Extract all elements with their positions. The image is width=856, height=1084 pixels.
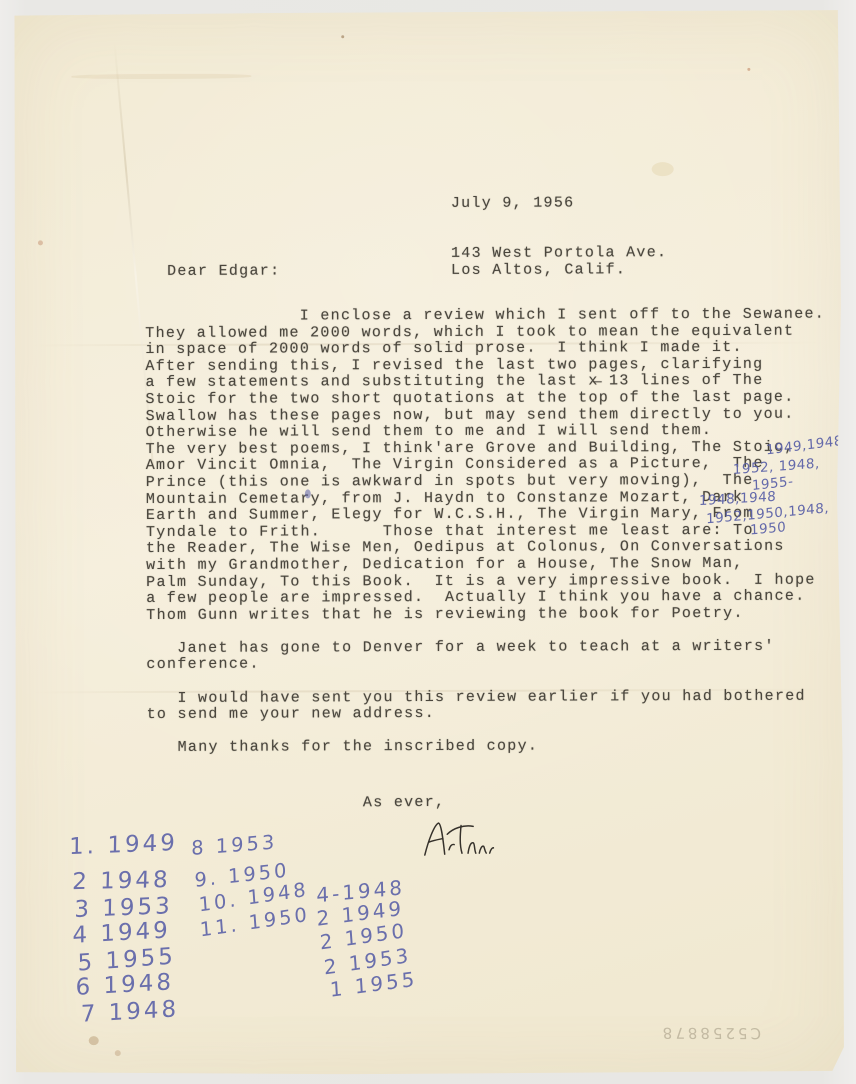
tally-left-item: 2 1948 [72,867,171,895]
tally-left-item: 1. 1949 [69,830,178,860]
stain-spot [89,1036,99,1045]
ink-correction-mark [305,489,311,498]
letter-paper: July 9, 1956 143 West Portola Ave. Los A… [11,10,845,1077]
salutation: Dear Edgar: [167,264,280,281]
tally-middle-item: 8 1953 [191,830,277,859]
tally-left-item: 7 1948 [81,996,179,1028]
date-address-block: July 9, 1956 143 West Portola Ave. Los A… [451,162,668,312]
stain-spot [71,74,251,80]
signature-arthur [416,817,494,862]
tally-left-item: 6 1948 [76,969,174,1001]
stain-spot [115,1050,121,1056]
stain-spot [341,35,344,38]
closing: As ever, [363,795,445,812]
stain-spot [747,68,750,71]
margin-annotation: 1950 [750,519,787,538]
pencil-stamp: C5258878 [659,1024,761,1043]
letter-body: I enclose a review which I sent off to t… [145,307,826,757]
date-line: July 9, 1956 [451,195,667,212]
address-lines: 143 West Portola Ave. Los Altos, Calif. [451,245,667,279]
stain-spot [38,240,43,245]
